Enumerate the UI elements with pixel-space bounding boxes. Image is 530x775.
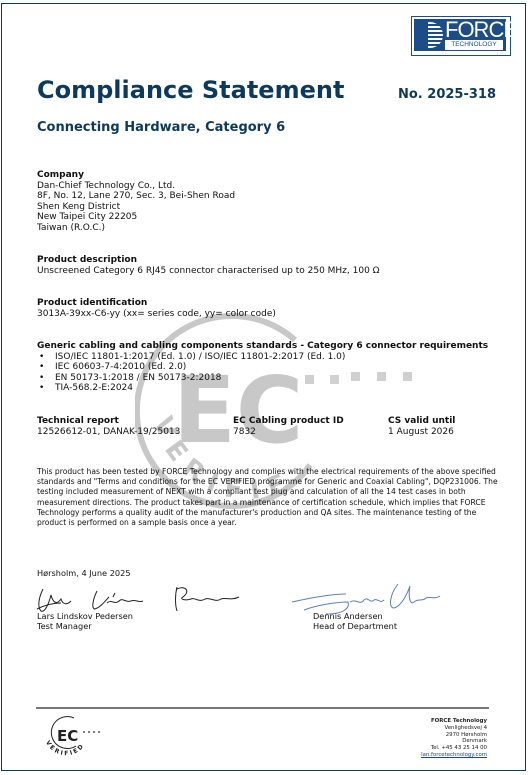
- product-identification-text: 3013A-39xx-C6-yy (xx= series code, yy= c…: [37, 309, 276, 320]
- page-title: Compliance Statement: [37, 76, 344, 104]
- company-section: Company Dan-Chief Technology Co., Ltd. 8…: [37, 170, 235, 233]
- address-city: 2970 Hørsholm: [405, 732, 487, 739]
- company-line: Taiwan (R.O.C.): [37, 223, 235, 234]
- company-line: New Taipei City 22205: [37, 212, 235, 223]
- standards-section: Generic cabling and cabling components s…: [37, 341, 488, 394]
- technical-report-field: Technical report 12526612-01, DANAK-19/2…: [37, 416, 180, 437]
- footer-divider: [36, 707, 489, 709]
- footer-address: FORCE Technology Venlighedsvej 4 2970 Hø…: [405, 718, 487, 759]
- product-description-heading: Product description: [37, 255, 380, 266]
- company-line: Dan-Chief Technology Co., Ltd.: [37, 181, 235, 192]
- valid-until-label: CS valid until: [388, 416, 455, 427]
- product-id-value: 7832: [233, 427, 344, 438]
- product-identification-section: Product identification 3013A-39xx-C6-yy …: [37, 298, 276, 319]
- address-phone: Tel. +45 43 25 14 00: [405, 745, 487, 752]
- document-number: No. 2025-318: [398, 87, 496, 102]
- standard-item: IEC 60603-7-4:2010 (Ed. 2.0): [55, 362, 488, 373]
- compliance-statement-text: This product has been tested by FORCE Te…: [37, 467, 507, 528]
- valid-until-field: CS valid until 1 August 2026: [388, 416, 455, 437]
- place-date: Hørsholm, 4 June 2025: [37, 568, 131, 578]
- address-street: Venlighedsvej 4: [405, 725, 487, 732]
- signatory-role: Test Manager: [37, 621, 133, 631]
- signatory-1: Lars Lindskov Pedersen Test Manager: [37, 611, 133, 631]
- website-link[interactable]: lan.forcetechnology.com: [421, 752, 487, 758]
- product-id-label: EC Cabling product ID: [233, 416, 344, 427]
- address-company: FORCE Technology: [405, 718, 487, 725]
- product-identification-heading: Product identification: [37, 298, 276, 309]
- company-line: Shen Keng District: [37, 202, 235, 213]
- standard-item: EN 50173-1:2018 / EN 50173-2:2018: [55, 373, 488, 384]
- company-heading: Company: [37, 170, 235, 181]
- force-globe-logo-icon: [417, 22, 443, 48]
- signatory-name: Lars Lindskov Pedersen: [37, 611, 133, 621]
- technical-report-label: Technical report: [37, 416, 180, 427]
- standards-heading: Generic cabling and cabling components s…: [37, 341, 488, 352]
- address-country: Denmark: [405, 738, 487, 745]
- valid-until-value: 1 August 2026: [388, 427, 455, 438]
- signatory-2: Dennis Andersen Head of Department: [313, 611, 397, 631]
- logo-wordmark: FORCE: [445, 19, 517, 41]
- technical-report-value: 12526612-01, DANAK-19/25013: [37, 427, 180, 438]
- standard-item: TIA-568.2-E:2024: [55, 383, 488, 394]
- product-description-text: Unscreened Category 6 RJ45 connector cha…: [37, 266, 380, 277]
- svg-text:EC: EC: [57, 727, 78, 745]
- logo-subtitle: TECHNOLOGY: [445, 40, 503, 50]
- standard-item: ISO/IEC 11801-1:2017 (Ed. 1.0) / ISO/IEC…: [55, 352, 488, 363]
- product-description-section: Product description Unscreened Category …: [37, 255, 380, 276]
- force-technology-logo: FORCE TECHNOLOGY: [411, 16, 511, 56]
- standards-list: ISO/IEC 11801-1:2017 (Ed. 1.0) / ISO/IEC…: [37, 352, 488, 394]
- company-line: 8F, No. 12, Lane 270, Sec. 3, Bei-Shen R…: [37, 191, 235, 202]
- signatory-role: Head of Department: [313, 621, 397, 631]
- signatory-name: Dennis Andersen: [313, 611, 397, 621]
- page-subtitle: Connecting Hardware, Category 6: [37, 120, 285, 135]
- product-id-field: EC Cabling product ID 7832: [233, 416, 344, 437]
- ec-verified-badge-icon: EC VERIFIED: [40, 712, 120, 762]
